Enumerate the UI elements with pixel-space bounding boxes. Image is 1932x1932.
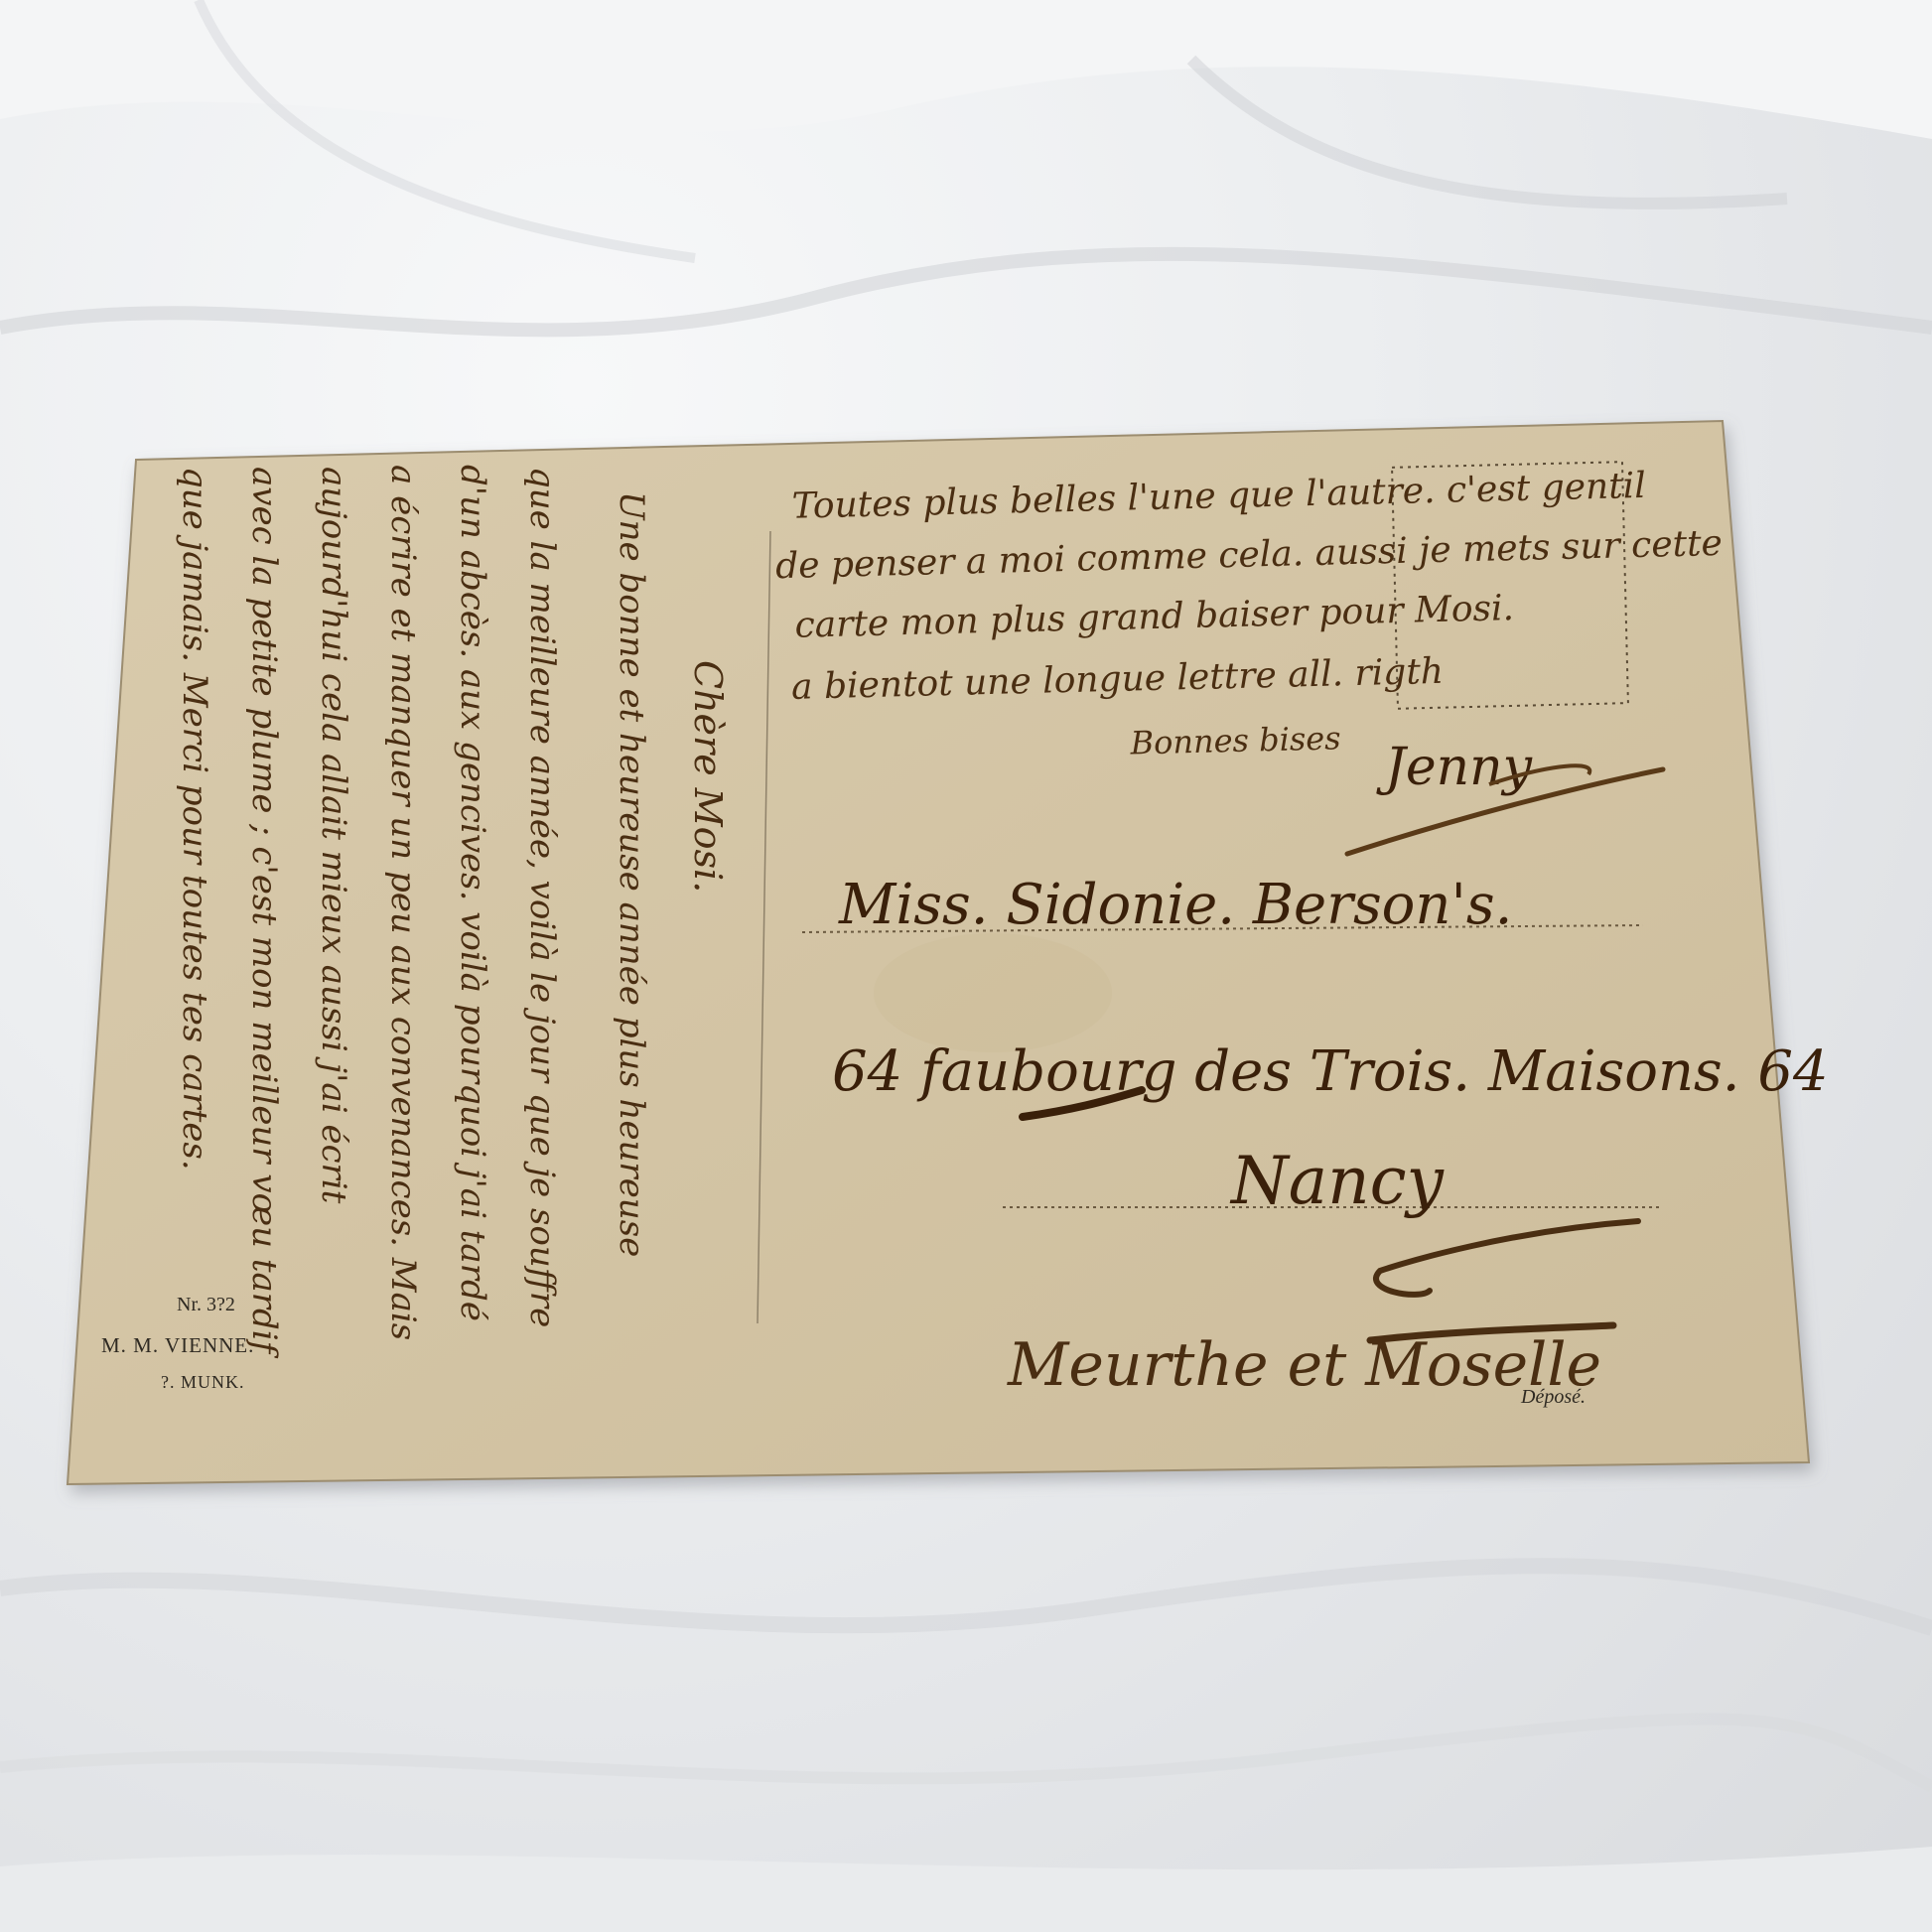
left-message-line: que jamais. Merci pour toutes tes cartes…: [175, 467, 214, 1171]
message-left: Chère Mosi. Une bonne et heureuse année …: [0, 0, 1932, 1932]
left-message-line: que la meilleure année, voilà le jour qu…: [522, 467, 562, 1327]
left-message-line: Une bonne et heureuse année plus heureus…: [612, 491, 651, 1257]
left-message-line: aujourd'hui cela allait mieux aussi j'ai…: [314, 467, 353, 1204]
left-message-line: d'un abcès. aux gencives. voilà pourquoi…: [453, 465, 492, 1321]
left-message-line: avec la petite plume ; c'est mon meilleu…: [244, 467, 284, 1359]
salutation: Chère Mosi.: [686, 660, 730, 893]
left-message-line: a écrire et manquer un peu aux convenanc…: [383, 465, 423, 1340]
